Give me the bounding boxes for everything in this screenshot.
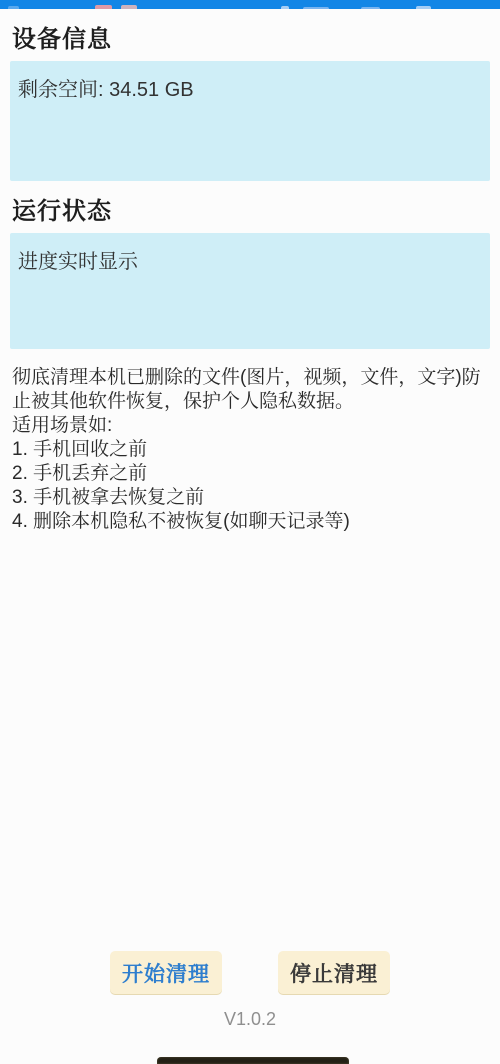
progress-placeholder-text: 进度实时显示 — [18, 251, 138, 273]
scenarios-label: 适用场景如: — [12, 414, 488, 438]
description-block: 彻底清理本机已删除的文件(图片，视频，文件，文字)防止被其他软件恢复，保护个人隐… — [12, 366, 488, 534]
battery-icon — [416, 6, 431, 9]
free-space-text: 剩余空间: 34.51 GB — [18, 79, 194, 101]
run-status-title: 运行状态 — [12, 196, 488, 228]
scenario-item-4: 4. 删除本机隐私不被恢复(如聊天记录等) — [12, 510, 488, 534]
status-bar — [0, 0, 500, 9]
start-clean-button[interactable]: 开始清理 — [110, 951, 222, 994]
device-info-title: 设备信息 — [12, 24, 488, 56]
version-label: V1.0.2 — [10, 1009, 490, 1029]
mute-icon — [281, 6, 289, 9]
scenario-item-3: 3. 手机被拿去恢复之前 — [12, 486, 488, 510]
stop-clean-button[interactable]: 停止清理 — [278, 951, 390, 994]
scenario-item-2: 2. 手机丢弃之前 — [12, 462, 488, 486]
scenario-item-1: 1. 手机回收之前 — [12, 438, 488, 462]
notification-icon — [8, 6, 19, 9]
wifi-icon — [361, 7, 380, 9]
action-button-row: 开始清理 停止清理 — [10, 951, 490, 994]
bottom-dark-bar — [157, 1057, 349, 1064]
main-content: 设备信息 剩余空间: 34.51 GB 运行状态 进度实时显示 彻底清理本机已删… — [0, 24, 500, 1029]
notification-app-icon — [95, 5, 112, 9]
progress-panel: 进度实时显示 — [10, 233, 490, 349]
free-space-panel: 剩余空间: 34.51 GB — [10, 61, 490, 181]
signal-icon — [303, 7, 329, 9]
app-screen: 设备信息 剩余空间: 34.51 GB 运行状态 进度实时显示 彻底清理本机已删… — [0, 0, 500, 1064]
description-intro: 彻底清理本机已删除的文件(图片，视频，文件，文字)防止被其他软件恢复，保护个人隐… — [12, 366, 488, 414]
notification-app-icon-2 — [121, 5, 137, 9]
